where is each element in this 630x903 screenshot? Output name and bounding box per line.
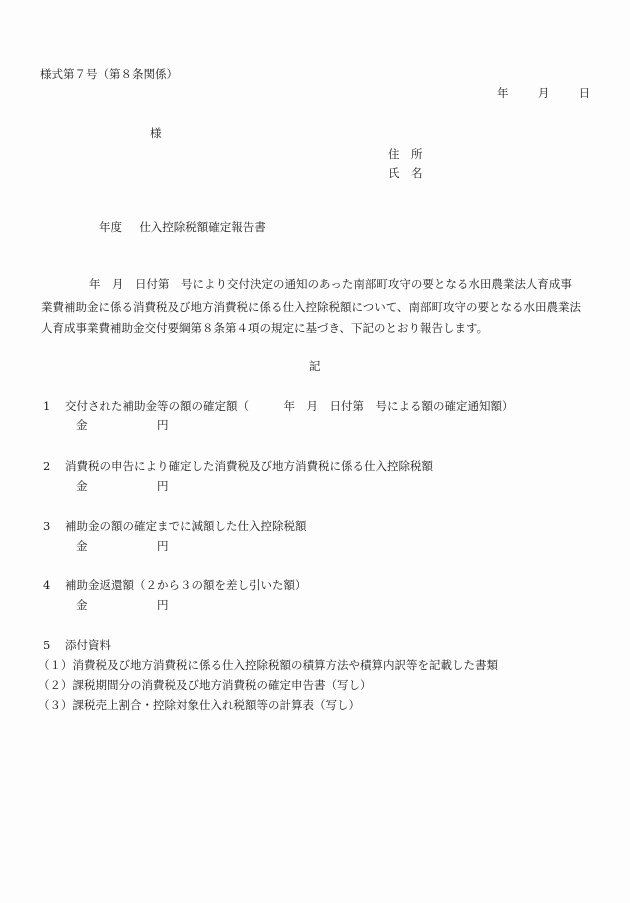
item-1-amount-prefix: 金 bbox=[76, 420, 88, 432]
attachments-number: 5 bbox=[43, 640, 50, 652]
attachments-heading: 添付資料 bbox=[65, 640, 111, 652]
body-line-3: 人育成事業費補助金交付要綱第８条第４項の規定に基づき、下記のとおり報告します。 bbox=[41, 323, 488, 335]
item-1-text: 交付された補助金等の額の確定額（ 年 月 日付第 号による額の確定通知額） bbox=[65, 401, 514, 413]
item-4-amount-suffix: 円 bbox=[157, 600, 169, 612]
sender-name-label: 氏 名 bbox=[388, 168, 423, 180]
ki-heading: 記 bbox=[309, 361, 321, 373]
body-line-2: 業費補助金に係る消費税及び地方消費税に係る仕入控除税額について、南部町攻守の要と… bbox=[41, 302, 581, 314]
title-fiscal-year: 年度 bbox=[99, 220, 122, 234]
item-2-amount-suffix: 円 bbox=[157, 481, 169, 493]
attachment-item-3: （３）課税売上割合・控除対象仕入れ税額等の計算表（写し） bbox=[38, 700, 360, 712]
item-3-amount-suffix: 円 bbox=[157, 541, 169, 553]
document-title: 年度 仕入控除税額確定報告書 bbox=[99, 222, 266, 234]
sender-address-label: 住 所 bbox=[388, 149, 423, 161]
item-1-amount-suffix: 円 bbox=[157, 420, 169, 432]
body-line-1: 年 月 日付第 号により交付決定の通知のあった南部町攻守の要となる水田農業法人育… bbox=[89, 279, 572, 291]
date-line: 年 月 日 bbox=[497, 88, 590, 100]
attachment-item-3-text: 課税売上割合・控除対象仕入れ税額等の計算表（写し） bbox=[73, 698, 361, 712]
item-3-text: 補助金の額の確定までに減額した仕入控除税額 bbox=[65, 521, 307, 533]
item-3-number: 3 bbox=[43, 521, 50, 533]
date-year-label: 年 bbox=[497, 86, 509, 100]
addressee-honorific: 様 bbox=[150, 128, 162, 140]
date-day-label: 日 bbox=[579, 86, 591, 100]
title-text: 仕入控除税額確定報告書 bbox=[139, 220, 266, 234]
item-4-number: 4 bbox=[43, 580, 50, 592]
attachment-item-1: （１）消費税及び地方消費税に係る仕入控除税額の積算方法や積算内訳等を記載した書類 bbox=[38, 660, 498, 672]
item-3-amount-prefix: 金 bbox=[76, 541, 88, 553]
attachment-item-2-label: （２） bbox=[38, 678, 73, 692]
form-number: 様式第７号（第８条関係） bbox=[40, 69, 178, 81]
item-4-text: 補助金返還額（２から３の額を差し引いた額） bbox=[65, 580, 307, 592]
item-2-text: 消費税の申告により確定した消費税及び地方消費税に係る仕入控除税額 bbox=[65, 461, 433, 473]
item-1-number: 1 bbox=[43, 401, 50, 413]
item-2-amount-prefix: 金 bbox=[76, 481, 88, 493]
attachment-item-1-text: 消費税及び地方消費税に係る仕入控除税額の積算方法や積算内訳等を記載した書類 bbox=[73, 658, 499, 672]
date-month-label: 月 bbox=[538, 86, 550, 100]
attachment-item-2-text: 課税期間分の消費税及び地方消費税の確定申告書（写し） bbox=[73, 678, 372, 692]
item-2-number: 2 bbox=[43, 461, 50, 473]
attachment-item-2: （２）課税期間分の消費税及び地方消費税の確定申告書（写し） bbox=[38, 680, 372, 692]
attachment-item-3-label: （３） bbox=[38, 698, 73, 712]
attachment-item-1-label: （１） bbox=[38, 658, 73, 672]
item-4-amount-prefix: 金 bbox=[76, 600, 88, 612]
